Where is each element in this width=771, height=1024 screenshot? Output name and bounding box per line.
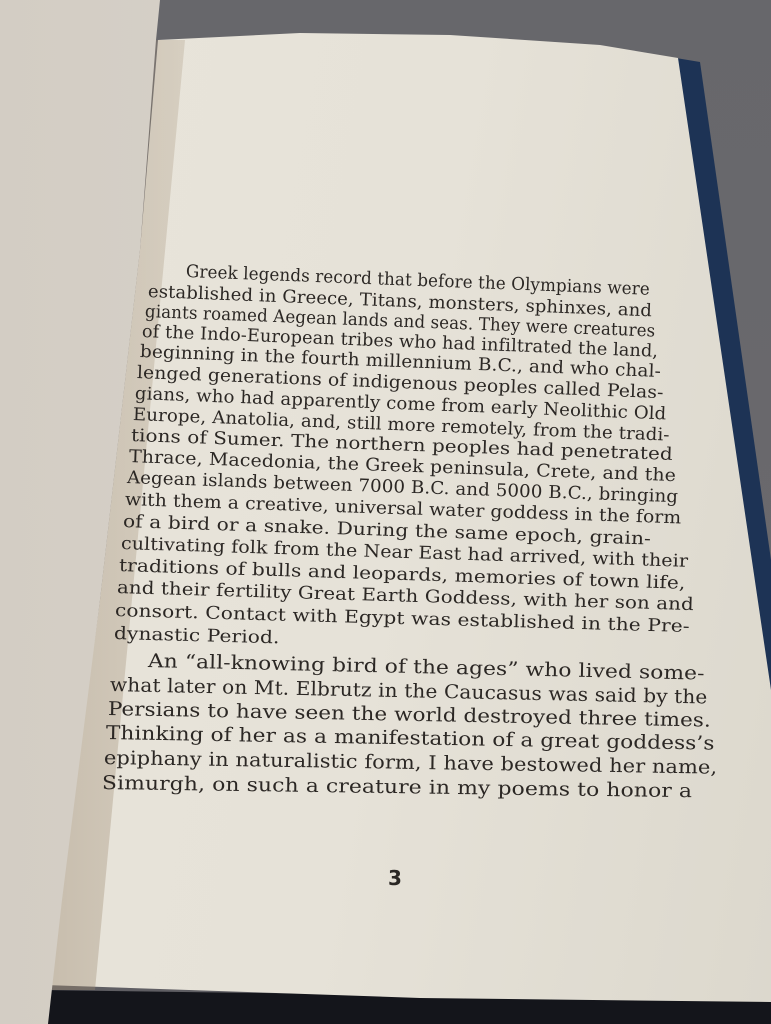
page-body-text: Greek legends record that before the Oly… — [0, 0, 771, 1024]
text-line: dynastic Period. — [114, 624, 280, 648]
text-line: Simurgh, on such a creature in my poems … — [102, 773, 692, 801]
page-number: 3 — [388, 866, 402, 890]
